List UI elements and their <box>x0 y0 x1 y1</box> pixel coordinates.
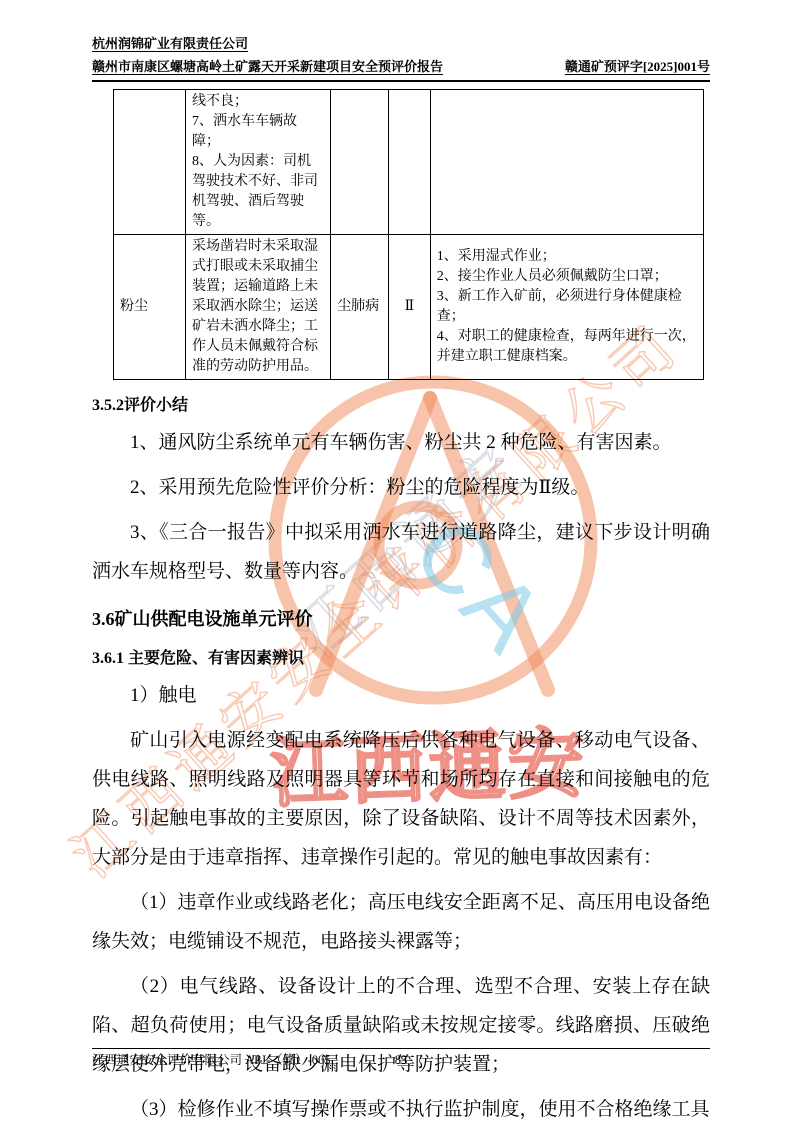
header-title-line: 赣州市南康区螺塘高岭土矿露天开采新建项目安全预评价报告 赣通矿预评字[2025]… <box>92 59 710 75</box>
header-doc-number: 赣通矿预评字[2025]001号 <box>565 59 710 75</box>
cell-description: 采场凿岩时未采取湿式打眼或未采取捕尘装置；运输道路上未采取洒水除尘；运送矿岩未洒… <box>185 235 330 380</box>
cell-level: Ⅱ <box>388 235 430 380</box>
header-company-line: 杭州润锦矿业有限责任公司 <box>92 36 710 52</box>
cell-description: 线不良； 7、洒水车车辆故障； 8、人为因素：司机驾驶技术不好、非司机驾驶、酒后… <box>185 90 330 235</box>
hazard-analysis-table: 线不良； 7、洒水车车辆故障； 8、人为因素：司机驾驶技术不好、非司机驾驶、酒后… <box>113 89 704 380</box>
subheading-electric-shock: 1）触电 <box>92 676 710 715</box>
heading-3-6-1: 3.6.1 主要危险、有害因素辨识 <box>92 648 710 670</box>
cell-hazard: 粉尘 <box>114 235 186 380</box>
paragraph-factor-3: （3）检修作业不填写操作票或不执行监护制度，使用不合格绝缘工具 <box>92 1090 710 1122</box>
page-content: 杭州润锦矿业有限责任公司 赣州市南康区螺塘高岭土矿露天开采新建项目安全预评价报告… <box>92 36 710 1122</box>
cell-consequence: 尘肺病 <box>331 235 389 380</box>
paragraph-factor-1: （1）违章作业或线路老化；高压电线安全距离不足、高压用电设备绝缘失效；电缆铺设不… <box>92 883 710 961</box>
cell-hazard <box>114 90 186 235</box>
heading-3-6: 3.6矿山供配电设施单元评价 <box>92 607 710 631</box>
cell-level <box>388 90 430 235</box>
paragraph-summary-3: 3、《三合一报告》中拟采用洒水车进行道路降尘，建议下步设计明确洒水车规格型号、数… <box>92 513 710 591</box>
heading-3-5-2: 3.5.2评价小结 <box>92 395 710 417</box>
page-number: 83 <box>395 1053 408 1068</box>
footer-company: 江西通安安全评价有限公司 APJ-（赣）-005 <box>92 1053 331 1067</box>
paragraph-summary-2: 2、采用预先危险性评价分析：粉尘的危险程度为Ⅱ级。 <box>92 468 710 507</box>
cell-consequence <box>331 90 389 235</box>
paragraph-summary-1: 1、通风防尘系统单元有车辆伤害、粉尘共 2 种危险、有害因素。 <box>92 423 710 462</box>
header-report-title: 赣州市南康区螺塘高岭土矿露天开采新建项目安全预评价报告 <box>92 59 443 75</box>
cell-measures <box>430 90 703 235</box>
header-rule <box>92 80 710 82</box>
report-page: 杭州润锦矿业有限责任公司 赣州市南康区螺塘高岭土矿露天开采新建项目安全预评价报告… <box>0 0 793 1122</box>
page-footer: 江西通安安全评价有限公司 APJ-（赣）-005 83 <box>92 1048 710 1068</box>
table-row: 线不良； 7、洒水车车辆故障； 8、人为因素：司机驾驶技术不好、非司机驾驶、酒后… <box>114 90 704 235</box>
cell-measures: 1、采用湿式作业； 2、接尘作业人员必须佩戴防尘口罩； 3、新工作入矿前，必须进… <box>430 235 703 380</box>
page-header: 杭州润锦矿业有限责任公司 赣州市南康区螺塘高岭土矿露天开采新建项目安全预评价报告… <box>92 36 710 82</box>
header-company-text: 杭州润锦矿业有限责任公司 <box>92 36 248 51</box>
table-row: 粉尘 采场凿岩时未采取湿式打眼或未采取捕尘装置；运输道路上未采取洒水除尘；运送矿… <box>114 235 704 380</box>
paragraph-electric-intro: 矿山引入电源经变配电系统降压后供各种电气设备、移动电气设备、供电线路、照明线路及… <box>92 721 710 877</box>
